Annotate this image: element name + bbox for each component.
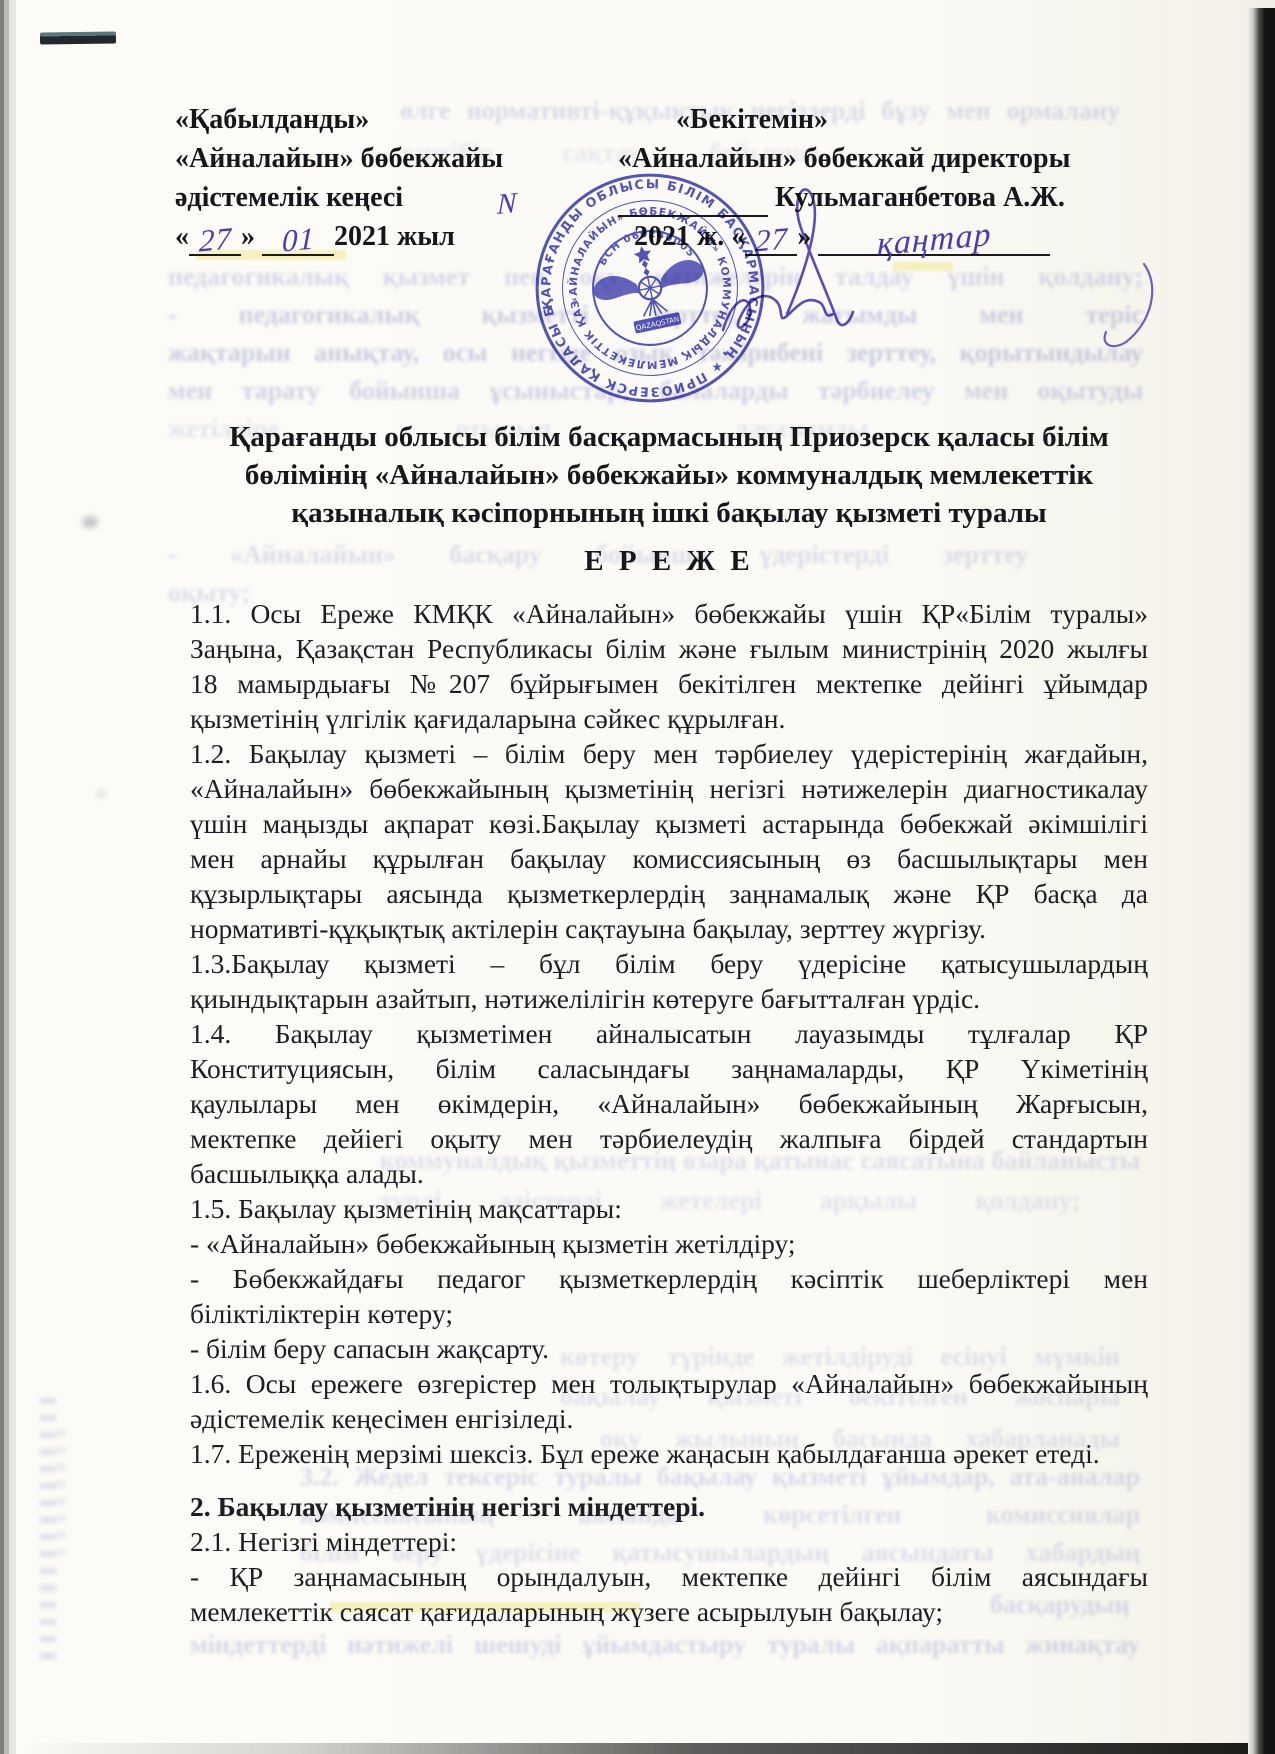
paragraph: - «Айналайын» бөбекжайының қызметін жеті…: [190, 1226, 1148, 1261]
body-line: - «Айналайын» бөбекжайының қызметін жеті…: [190, 1226, 1148, 1261]
paragraph: 1.2. Бақылау қызметі – білім беру мен тә…: [190, 736, 1148, 946]
title-lines: Қарағанды облысы білім басқармасының При…: [190, 418, 1148, 532]
body-line: мемлекеттік саясат қағидаларының жүзеге …: [190, 1594, 1148, 1629]
title-line: бөлімінің «Айналайын» бөбекжайы» коммуна…: [190, 456, 1148, 494]
quote: »: [241, 221, 255, 252]
paragraph: 1.4. Бақылау қызметімен айналысатын лауа…: [190, 1016, 1148, 1191]
paragraph: 1.5. Бақылау қызметінің мақсаттары:: [190, 1191, 1148, 1226]
scan-edge-bottom: [20, 1743, 1248, 1754]
body-line: үшін маңызды ақпарат көзі.Бақылау қызмет…: [190, 806, 1148, 841]
director-signature: [695, 172, 925, 362]
body-line: қаулылары мен өкімдерін, «Айналайын» бөб…: [190, 1086, 1148, 1121]
paragraph: 1.7. Ереженің мерзімі шексіз. Бұл ереже …: [190, 1436, 1148, 1471]
handwritten-day: 27: [198, 218, 232, 260]
paragraph: 2.1. Негізгі міндеттері:: [190, 1524, 1148, 1559]
body-line: 1.5. Бақылау қызметінің мақсаттары:: [190, 1191, 1148, 1226]
body-line: құзырлықтары аясында қызметкерлердің заң…: [190, 876, 1148, 911]
body-line: нормативті-құқықтық актілерін сақтауына …: [190, 911, 1148, 946]
scan-edge-left: [0, 0, 16, 1754]
paragraph: - Бөбекжайдағы педагог қызметкерлердің к…: [190, 1261, 1148, 1331]
paragraph: 1.3.Бақылау қызметі – бұл білім беру үде…: [190, 946, 1148, 1016]
body-line: 1.2. Бақылау қызметі – білім беру мен тә…: [190, 736, 1148, 771]
body-line: 18 мамырдыағы №207 бұйрығымен бекітілген…: [190, 666, 1148, 701]
smudge: [82, 516, 98, 528]
body-line: 1.7. Ереженің мерзімі шексіз. Бұл ереже …: [190, 1436, 1148, 1471]
body-line: - Бөбекжайдағы педагог қызметкерлердің к…: [190, 1261, 1148, 1296]
year-label: 2021 жыл: [334, 221, 455, 252]
body-line: - ҚР заңнамасының орындалуын, мектепке д…: [190, 1559, 1148, 1594]
paragraph: - білім беру сапасын жақсарту.: [190, 1331, 1148, 1366]
paragraph: 1.6. Осы ережеге өзгерістер мен толықтыр…: [190, 1366, 1148, 1436]
body-line: мен арнайы құрылған бақылау комиссиясыны…: [190, 841, 1148, 876]
body-line: 1.3.Бақылау қызметі – бұл білім беру үде…: [190, 946, 1148, 981]
handwritten-month: 01: [281, 218, 315, 260]
section-heading: 2. Бақылау қызметінің негізгі міндеттері…: [190, 1489, 1148, 1524]
document-type-label: Е Р Е Ж Е: [190, 542, 1148, 580]
body-line: біліктіліктерін көтеру;: [190, 1296, 1148, 1331]
staple-mark: [40, 31, 116, 44]
title-line: қазыналық кәсіпорнының ішкі бақылау қызм…: [190, 494, 1148, 532]
document-body: 1.1. Осы Ереже КМҚК «Айналайын» бөбекжай…: [190, 596, 1148, 1629]
bleedthrough-line: міндеттерді нәтижелі шешуді ұйымдастыру …: [190, 1630, 1140, 1660]
accepted-label: «Қабылданды»: [175, 100, 605, 139]
organization-name: «Айналайын» бөбекжайы: [175, 139, 605, 178]
left-margin-bleed-marks: [56, 1430, 66, 1560]
body-line: әдістемелік кеңесімен енгізіледі.: [190, 1401, 1148, 1436]
scanned-document-page: өлге нормативті-құқықтық негіздерді бұзу…: [0, 0, 1275, 1754]
body-line: «Айналайын» бөбекжайының қызметінің негі…: [190, 771, 1148, 806]
body-line: қиындықтарын азайтып, нәтижелілігін көте…: [190, 981, 1148, 1016]
document-title: Қарағанды облысы білім басқармасының При…: [190, 418, 1148, 580]
body-line: мектепке дейіегі оқыту мен тәрбиелеудің …: [190, 1121, 1148, 1156]
body-line: - білім беру сапасын жақсарту.: [190, 1331, 1148, 1366]
body-line: Заңына, Қазақстан Республикасы білім жән…: [190, 631, 1148, 666]
body-line: 1.6. Осы ережеге өзгерістер мен толықтыр…: [190, 1366, 1148, 1401]
paragraph: - ҚР заңнамасының орындалуын, мектепке д…: [190, 1559, 1148, 1629]
body-line: 1.1. Осы Ереже КМҚК «Айналайын» бөбекжай…: [190, 596, 1148, 631]
paragraph: 1.1. Осы Ереже КМҚК «Айналайын» бөбекжай…: [190, 596, 1148, 736]
scan-edge-right: [1248, 8, 1275, 1754]
body-line: басшылыққа алады.: [190, 1156, 1148, 1191]
title-line: Қарағанды облысы білім басқармасының При…: [190, 418, 1148, 456]
pen-stroke: [1048, 258, 1178, 368]
smudge: [96, 790, 106, 798]
body-line: 2.1. Негізгі міндеттері:: [190, 1524, 1148, 1559]
quote: «: [175, 221, 189, 252]
body-line: қызметінің үлгілік қағидаларына сәйкес қ…: [190, 701, 1148, 736]
body-line: 1.4. Бақылау қызметімен айналысатын лауа…: [190, 1016, 1148, 1051]
body-line: 2. Бақылау қызметінің негізгі міндеттері…: [190, 1489, 1148, 1524]
body-line: Конституциясын, білім саласындағы заңнам…: [190, 1051, 1148, 1086]
left-margin-bleed-marks: [40, 1398, 56, 1663]
approve-label: «Бекітемін»: [618, 100, 1178, 139]
